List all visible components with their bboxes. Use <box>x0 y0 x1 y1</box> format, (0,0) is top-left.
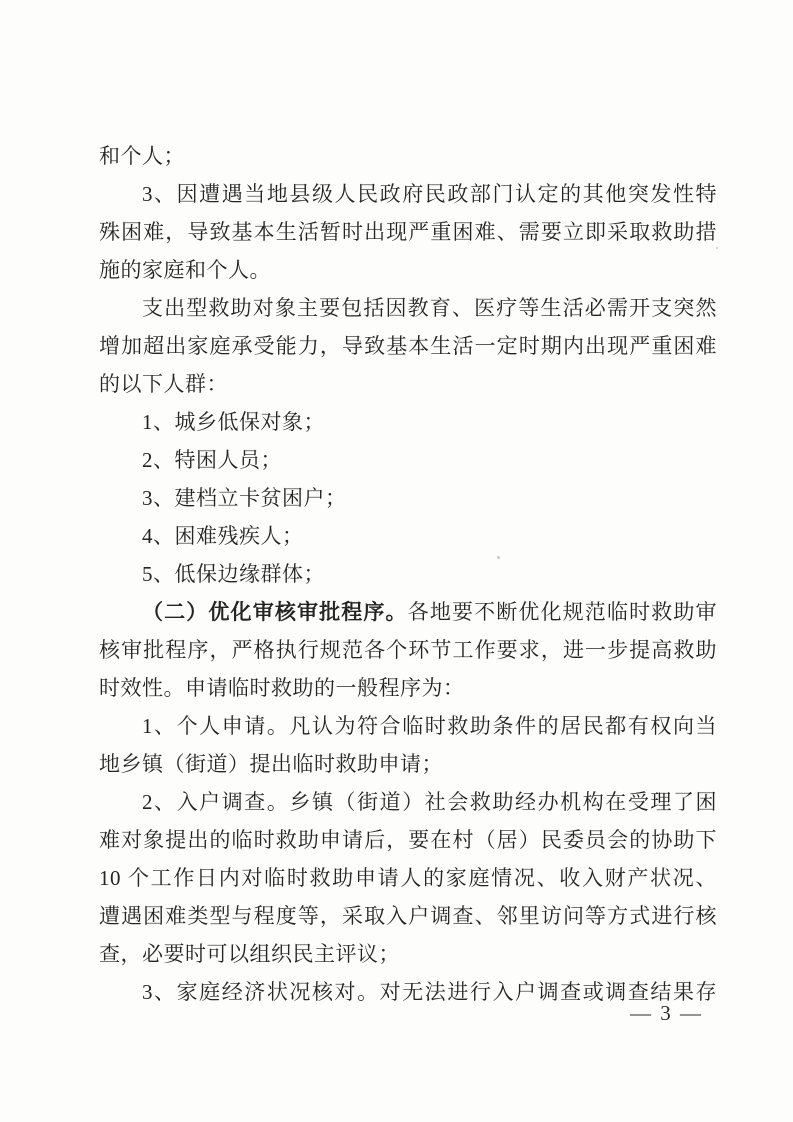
text-line-6: 增加超出家庭承受能力，导致基本生活一定时期内出现严重困难 <box>99 327 717 365</box>
text-line-16: 1、个人申请。凡认为符合临时救助条件的居民都有权向当 <box>99 707 717 745</box>
text-line-10: 3、建档立卡贫困户； <box>99 479 717 517</box>
text-segment: 和个人； <box>99 144 185 168</box>
text-line-13: （二）优化审核审批程序。各地要不断优化规范临时救助审 <box>99 593 717 631</box>
bold-heading-segment: （二）优化审核审批程序。 <box>142 600 408 624</box>
text-segment: 支出型救助对象主要包括因教育、医疗等生活必需开支突然 <box>142 296 717 320</box>
text-segment: 遭遇困难类型与程度等，采取入户调查、邻里访问等方式进行核 <box>99 904 717 928</box>
text-segment: 时效性。申请临时救助的一般程序为： <box>99 676 465 700</box>
text-line-14: 核审批程序，严格执行规范各个环节工作要求，进一步提高救助 <box>99 631 717 669</box>
scan-speck <box>716 247 718 249</box>
text-line-19: 难对象提出的临时救助申请后，要在村（居）民委员会的协助下 <box>99 821 717 859</box>
text-line-15: 时效性。申请临时救助的一般程序为： <box>99 669 717 707</box>
text-line-20: 10 个工作日内对临时救助申请人的家庭情况、收入财产状况、 <box>99 859 717 897</box>
text-line-17: 地乡镇（街道）提出临时救助申请； <box>99 745 717 783</box>
text-line-12: 5、低保边缘群体； <box>99 555 717 593</box>
text-line-4: 施的家庭和个人。 <box>99 251 717 289</box>
page-number: — 3 — <box>630 1001 703 1026</box>
text-line-9: 2、特困人员； <box>99 441 717 479</box>
text-segment: 增加超出家庭承受能力，导致基本生活一定时期内出现严重困难 <box>99 334 717 358</box>
text-segment: 查，必要时可以组织民主评议； <box>99 942 400 966</box>
text-segment: 3、因遭遇当地县级人民政府民政部门认定的其他突发性特 <box>142 182 717 206</box>
text-line-3: 殊困难，导致基本生活暂时出现严重困难、需要立即采取救助措 <box>99 213 717 251</box>
text-line-22: 查，必要时可以组织民主评议； <box>99 935 717 973</box>
text-segment: 1、城乡低保对象； <box>142 410 325 434</box>
text-line-8: 1、城乡低保对象； <box>99 403 717 441</box>
text-line-11: 4、困难残疾人； <box>99 517 717 555</box>
text-segment: 地乡镇（街道）提出临时救助申请； <box>99 752 443 776</box>
text-segment: 4、困难残疾人； <box>142 524 304 548</box>
body-text: 和个人；3、因遭遇当地县级人民政府民政部门认定的其他突发性特殊困难，导致基本生活… <box>99 137 717 1011</box>
text-line-21: 遭遇困难类型与程度等，采取入户调查、邻里访问等方式进行核 <box>99 897 717 935</box>
text-segment: 1、个人申请。凡认为符合临时救助条件的居民都有权向当 <box>142 714 717 738</box>
text-line-5: 支出型救助对象主要包括因教育、医疗等生活必需开支突然 <box>99 289 717 327</box>
text-line-1: 和个人； <box>99 137 717 175</box>
text-segment: 殊困难，导致基本生活暂时出现严重困难、需要立即采取救助措 <box>99 220 717 244</box>
text-line-2: 3、因遭遇当地县级人民政府民政部门认定的其他突发性特 <box>99 175 717 213</box>
document-page: 和个人；3、因遭遇当地县级人民政府民政部门认定的其他突发性特殊困难，导致基本生活… <box>0 0 793 1122</box>
text-segment: 2、特困人员； <box>142 448 282 472</box>
text-segment: 2、入户调查。乡镇（街道）社会救助经办机构在受理了困 <box>142 790 717 814</box>
text-line-7: 的以下人群： <box>99 365 717 403</box>
text-segment: 3、建档立卡贫困户； <box>142 486 347 510</box>
text-segment: 5、低保边缘群体； <box>142 562 325 586</box>
text-line-23: 3、家庭经济状况核对。对无法进行入户调查或调查结果存 <box>99 973 717 1011</box>
text-segment: 施的家庭和个人。 <box>99 258 271 282</box>
text-segment: 核审批程序，严格执行规范各个环节工作要求，进一步提高救助 <box>99 638 717 662</box>
text-segment: 10 个工作日内对临时救助申请人的家庭情况、收入财产状况、 <box>99 866 717 890</box>
text-segment: 各地要不断优化规范临时救助审 <box>408 600 717 624</box>
scan-speck <box>497 556 500 559</box>
text-line-18: 2、入户调查。乡镇（街道）社会救助经办机构在受理了困 <box>99 783 717 821</box>
text-segment: 难对象提出的临时救助申请后，要在村（居）民委员会的协助下 <box>99 828 717 852</box>
text-segment: 的以下人群： <box>99 372 228 396</box>
